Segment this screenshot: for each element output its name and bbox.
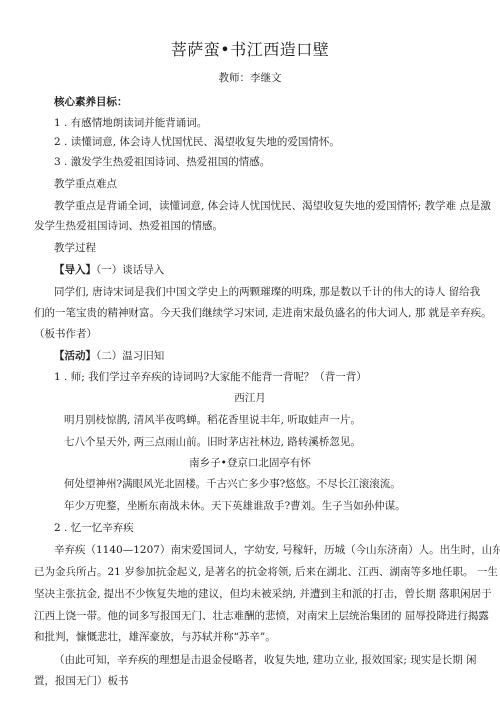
activity-label: （二）温习旧知 xyxy=(96,350,164,362)
objective-item: 3 . 激发学生热爱祖国诗词、热爱祖国的情感。 xyxy=(54,155,470,169)
key-points-heading: 教学重点难点 xyxy=(54,177,470,191)
key-points-text: 发学生热爱祖国诗词、热爱祖国的情感。 xyxy=(34,219,470,233)
bio-text: 江西上饶一带。他的词多写报国无门、壮志难酬的悲愤，对南宋上层统治集团的 屈辱投降… xyxy=(34,609,470,623)
summary-text: 置，报国无门）板书 xyxy=(34,674,470,688)
objective-item: 1 . 有感情地朗读词并能背诵词。 xyxy=(54,116,470,130)
intro-tag: 【导入】 xyxy=(54,264,96,276)
teacher-name: 教师：李继文 xyxy=(0,70,500,85)
intro-label: （一）谈话导入 xyxy=(96,264,164,276)
intro-text: 们的一笔宝贵的精神财富。今天我们继续学习宋词, 走进南宋最负盛名的伟大词人, 那… xyxy=(34,306,470,320)
question-2: 2 . 忆一忆辛弃疾 xyxy=(54,521,470,535)
objectives-heading: 核心素养目标： xyxy=(54,95,470,109)
poem-2-title: 南乡子•登京口北固亭有怀 xyxy=(0,456,500,470)
bio-text: 辛弃疾（1140—1207）南宋爱国词人，字幼安, 号稼轩，历城（今山东济南）人… xyxy=(54,543,470,557)
bio-text: 和批判，慷慨悲壮，雄浑豪放，与苏轼并称“苏辛”。 xyxy=(34,630,470,644)
intro-text: （板书作者） xyxy=(34,327,470,341)
poem-1-line: 明月别枝惊鹊, 清风半夜鸣蝉。稻花香里说丰年, 听取蛙声一片。 xyxy=(64,413,470,427)
poem-1-title: 西江月 xyxy=(0,391,500,405)
activity-section-heading: 【活动】（二）温习旧知 xyxy=(54,349,470,363)
process-heading: 教学过程 xyxy=(54,241,470,255)
poem-2-line: 何处望神州?满眼风光北固楼。千古兴亡多少事?悠悠。不尽长江滚滚流。 xyxy=(64,477,470,491)
question-1: 1 . 师; 我们学过辛弃疾的诗词吗?大家能不能背一背呢？（背一背） xyxy=(54,370,470,384)
activity-tag: 【活动】 xyxy=(54,350,96,362)
bio-text: 已为金兵所占。21 岁参加抗金起义, 是著名的抗金将领, 后来在湖北、江西、湖南… xyxy=(34,565,470,579)
document-title: 菩萨蛮•书江西造口壁 xyxy=(0,37,500,60)
bio-text: 坚决主张抗金, 提出不少恢复失地的建议，但均未被采纳, 并遭到主和派的打击，曾长… xyxy=(34,587,470,601)
intro-text: 同学们, 唐诗宋词是我们中国文学史上的两颗璀璨的明珠, 那是数以千计的伟大的诗人… xyxy=(54,285,470,299)
intro-section-heading: 【导入】（一）谈话导入 xyxy=(54,263,470,277)
document-page: 菩萨蛮•书江西造口壁 教师：李继文 核心素养目标： 1 . 有感情地朗读词并能背… xyxy=(0,0,500,717)
objective-item: 2 . 读懂词意, 体会诗人忧国忧民、渴望收复失地的爱国情怀。 xyxy=(54,135,470,149)
key-points-text: 教学重点是背诵全词，读懂词意, 体会诗人忧国忧民、渴望收复失地的爱国情怀; 教学… xyxy=(54,199,470,213)
poem-1-line: 七八个星天外, 两三点雨山前。旧时茅店社林边, 路转溪桥忽见。 xyxy=(64,435,470,449)
summary-text: （由此可知，辛弃疾的理想是击退金侵略者，收复失地, 建功立业, 报效国家; 现实… xyxy=(54,653,470,667)
poem-2-line: 年少万兜鍪，坐断东南战未休。天下英雄谁敌手?曹刘。生子当如孙仲谋。 xyxy=(64,499,470,513)
